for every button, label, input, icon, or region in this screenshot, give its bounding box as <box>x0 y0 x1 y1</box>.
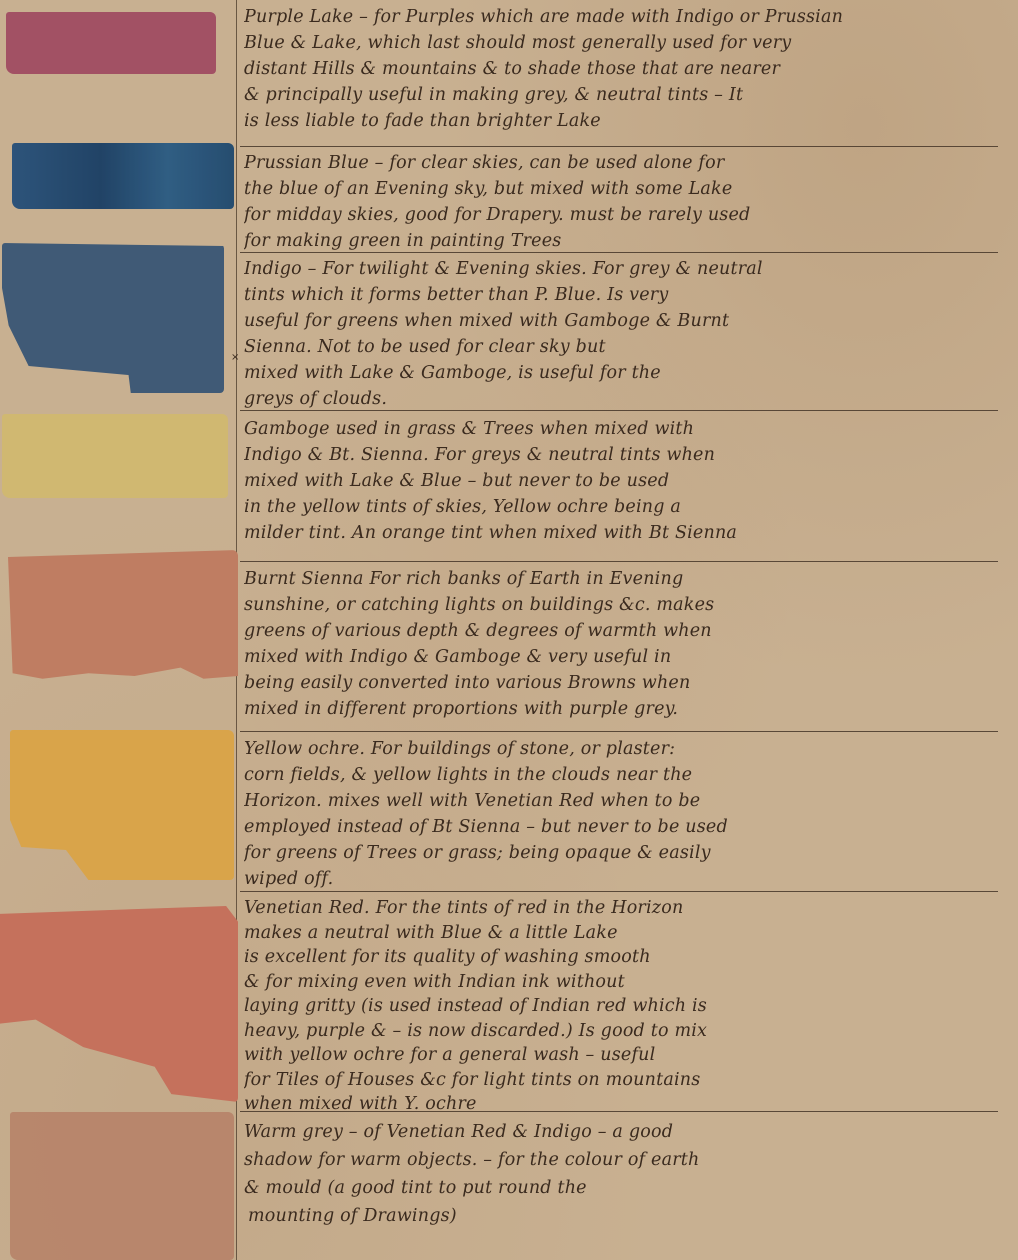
text-line: & principally useful in making grey, & n… <box>244 82 1004 108</box>
text-line: is less liable to fade than brighter Lak… <box>244 108 1004 134</box>
text-line: for midday skies, good for Drapery. must… <box>244 202 1004 228</box>
text-line: heavy, purple & – is now discarded.) Is … <box>244 1019 1004 1044</box>
entry-divider <box>240 561 998 562</box>
swatch-warm-grey <box>10 1112 234 1260</box>
entry-divider <box>240 146 998 147</box>
text-line: & for mixing even with Indian ink withou… <box>244 970 1004 995</box>
text-line: mixed with Lake & Gamboge, is useful for… <box>244 360 1004 386</box>
swatch-yellow-ochre <box>10 730 234 880</box>
text-line: mounting of Drawings) <box>244 1202 1004 1230</box>
text-line: Venetian Red. For the tints of red in th… <box>244 896 1004 921</box>
text-line: with yellow ochre for a general wash – u… <box>244 1043 1004 1068</box>
text-line: being easily converted into various Brow… <box>244 670 1004 696</box>
swatch-prussian-blue <box>12 143 234 209</box>
text-line: Sienna. Not to be used for clear sky but <box>244 334 1004 360</box>
swatch-gamboge <box>2 414 228 498</box>
text-line: mixed with Indigo & Gamboge & very usefu… <box>244 644 1004 670</box>
text-line: for Tiles of Houses &c for light tints o… <box>244 1068 1004 1093</box>
text-line: laying gritty (is used instead of Indian… <box>244 994 1004 1019</box>
entry-burnt-sienna: Burnt Sienna For rich banks of Earth in … <box>244 566 1004 722</box>
text-line: for greens of Trees or grass; being opaq… <box>244 840 1004 866</box>
text-line: tints which it forms better than P. Blue… <box>244 282 1004 308</box>
text-line: greys of clouds. <box>244 386 1004 412</box>
swatch-purple-lake <box>6 12 216 74</box>
entry-venetian-red: Venetian Red. For the tints of red in th… <box>244 896 1004 1117</box>
swatch-burnt-sienna <box>8 550 238 690</box>
text-line: is excellent for its quality of washing … <box>244 945 1004 970</box>
text-line: corn fields, & yellow lights in the clou… <box>244 762 1004 788</box>
text-line: sunshine, or catching lights on building… <box>244 592 1004 618</box>
text-line: for making green in painting Trees <box>244 228 1004 254</box>
text-line: Gamboge used in grass & Trees when mixed… <box>244 416 1004 442</box>
entry-yellow-ochre: Yellow ochre. For buildings of stone, or… <box>244 736 1004 892</box>
text-line: Warm grey – of Venetian Red & Indigo – a… <box>244 1118 1004 1146</box>
entry-gamboge: Gamboge used in grass & Trees when mixed… <box>244 416 1004 546</box>
entry-divider <box>240 731 998 732</box>
text-line: mixed with Lake & Blue – but never to be… <box>244 468 1004 494</box>
text-line: wiped off. <box>244 866 1004 892</box>
text-line: the blue of an Evening sky, but mixed wi… <box>244 176 1004 202</box>
text-line: mixed in different proportions with purp… <box>244 696 1004 722</box>
text-line: Purple Lake – for Purples which are made… <box>244 4 1004 30</box>
text-line: useful for greens when mixed with Gambog… <box>244 308 1004 334</box>
text-line: Horizon. mixes well with Venetian Red wh… <box>244 788 1004 814</box>
text-line: Blue & Lake, which last should most gene… <box>244 30 1004 56</box>
cross-mark: × <box>231 352 239 363</box>
text-line: when mixed with Y. ochre <box>244 1092 1004 1117</box>
text-line: Burnt Sienna For rich banks of Earth in … <box>244 566 1004 592</box>
text-line: distant Hills & mountains & to shade tho… <box>244 56 1004 82</box>
text-line: greens of various depth & degrees of war… <box>244 618 1004 644</box>
text-line: in the yellow tints of skies, Yellow och… <box>244 494 1004 520</box>
text-line: Yellow ochre. For buildings of stone, or… <box>244 736 1004 762</box>
text-line: Prussian Blue – for clear skies, can be … <box>244 150 1004 176</box>
text-line: makes a neutral with Blue & a little Lak… <box>244 921 1004 946</box>
text-line: employed instead of Bt Sienna – but neve… <box>244 814 1004 840</box>
text-line: Indigo – For twilight & Evening skies. F… <box>244 256 1004 282</box>
entry-warm-grey: Warm grey – of Venetian Red & Indigo – a… <box>244 1118 1004 1230</box>
entry-purple-lake: Purple Lake – for Purples which are made… <box>244 4 1004 134</box>
swatch-venetian-red <box>0 906 238 1102</box>
entry-prussian-blue: Prussian Blue – for clear skies, can be … <box>244 150 1004 254</box>
manuscript-page: × Purple Lake – for Purples which are ma… <box>0 0 1018 1260</box>
entry-indigo: Indigo – For twilight & Evening skies. F… <box>244 256 1004 412</box>
text-line: shadow for warm objects. – for the colou… <box>244 1146 1004 1174</box>
text-line: milder tint. An orange tint when mixed w… <box>244 520 1004 546</box>
text-line: & mould (a good tint to put round the <box>244 1174 1004 1202</box>
swatch-indigo <box>2 243 224 393</box>
text-line: Indigo & Bt. Sienna. For greys & neutral… <box>244 442 1004 468</box>
